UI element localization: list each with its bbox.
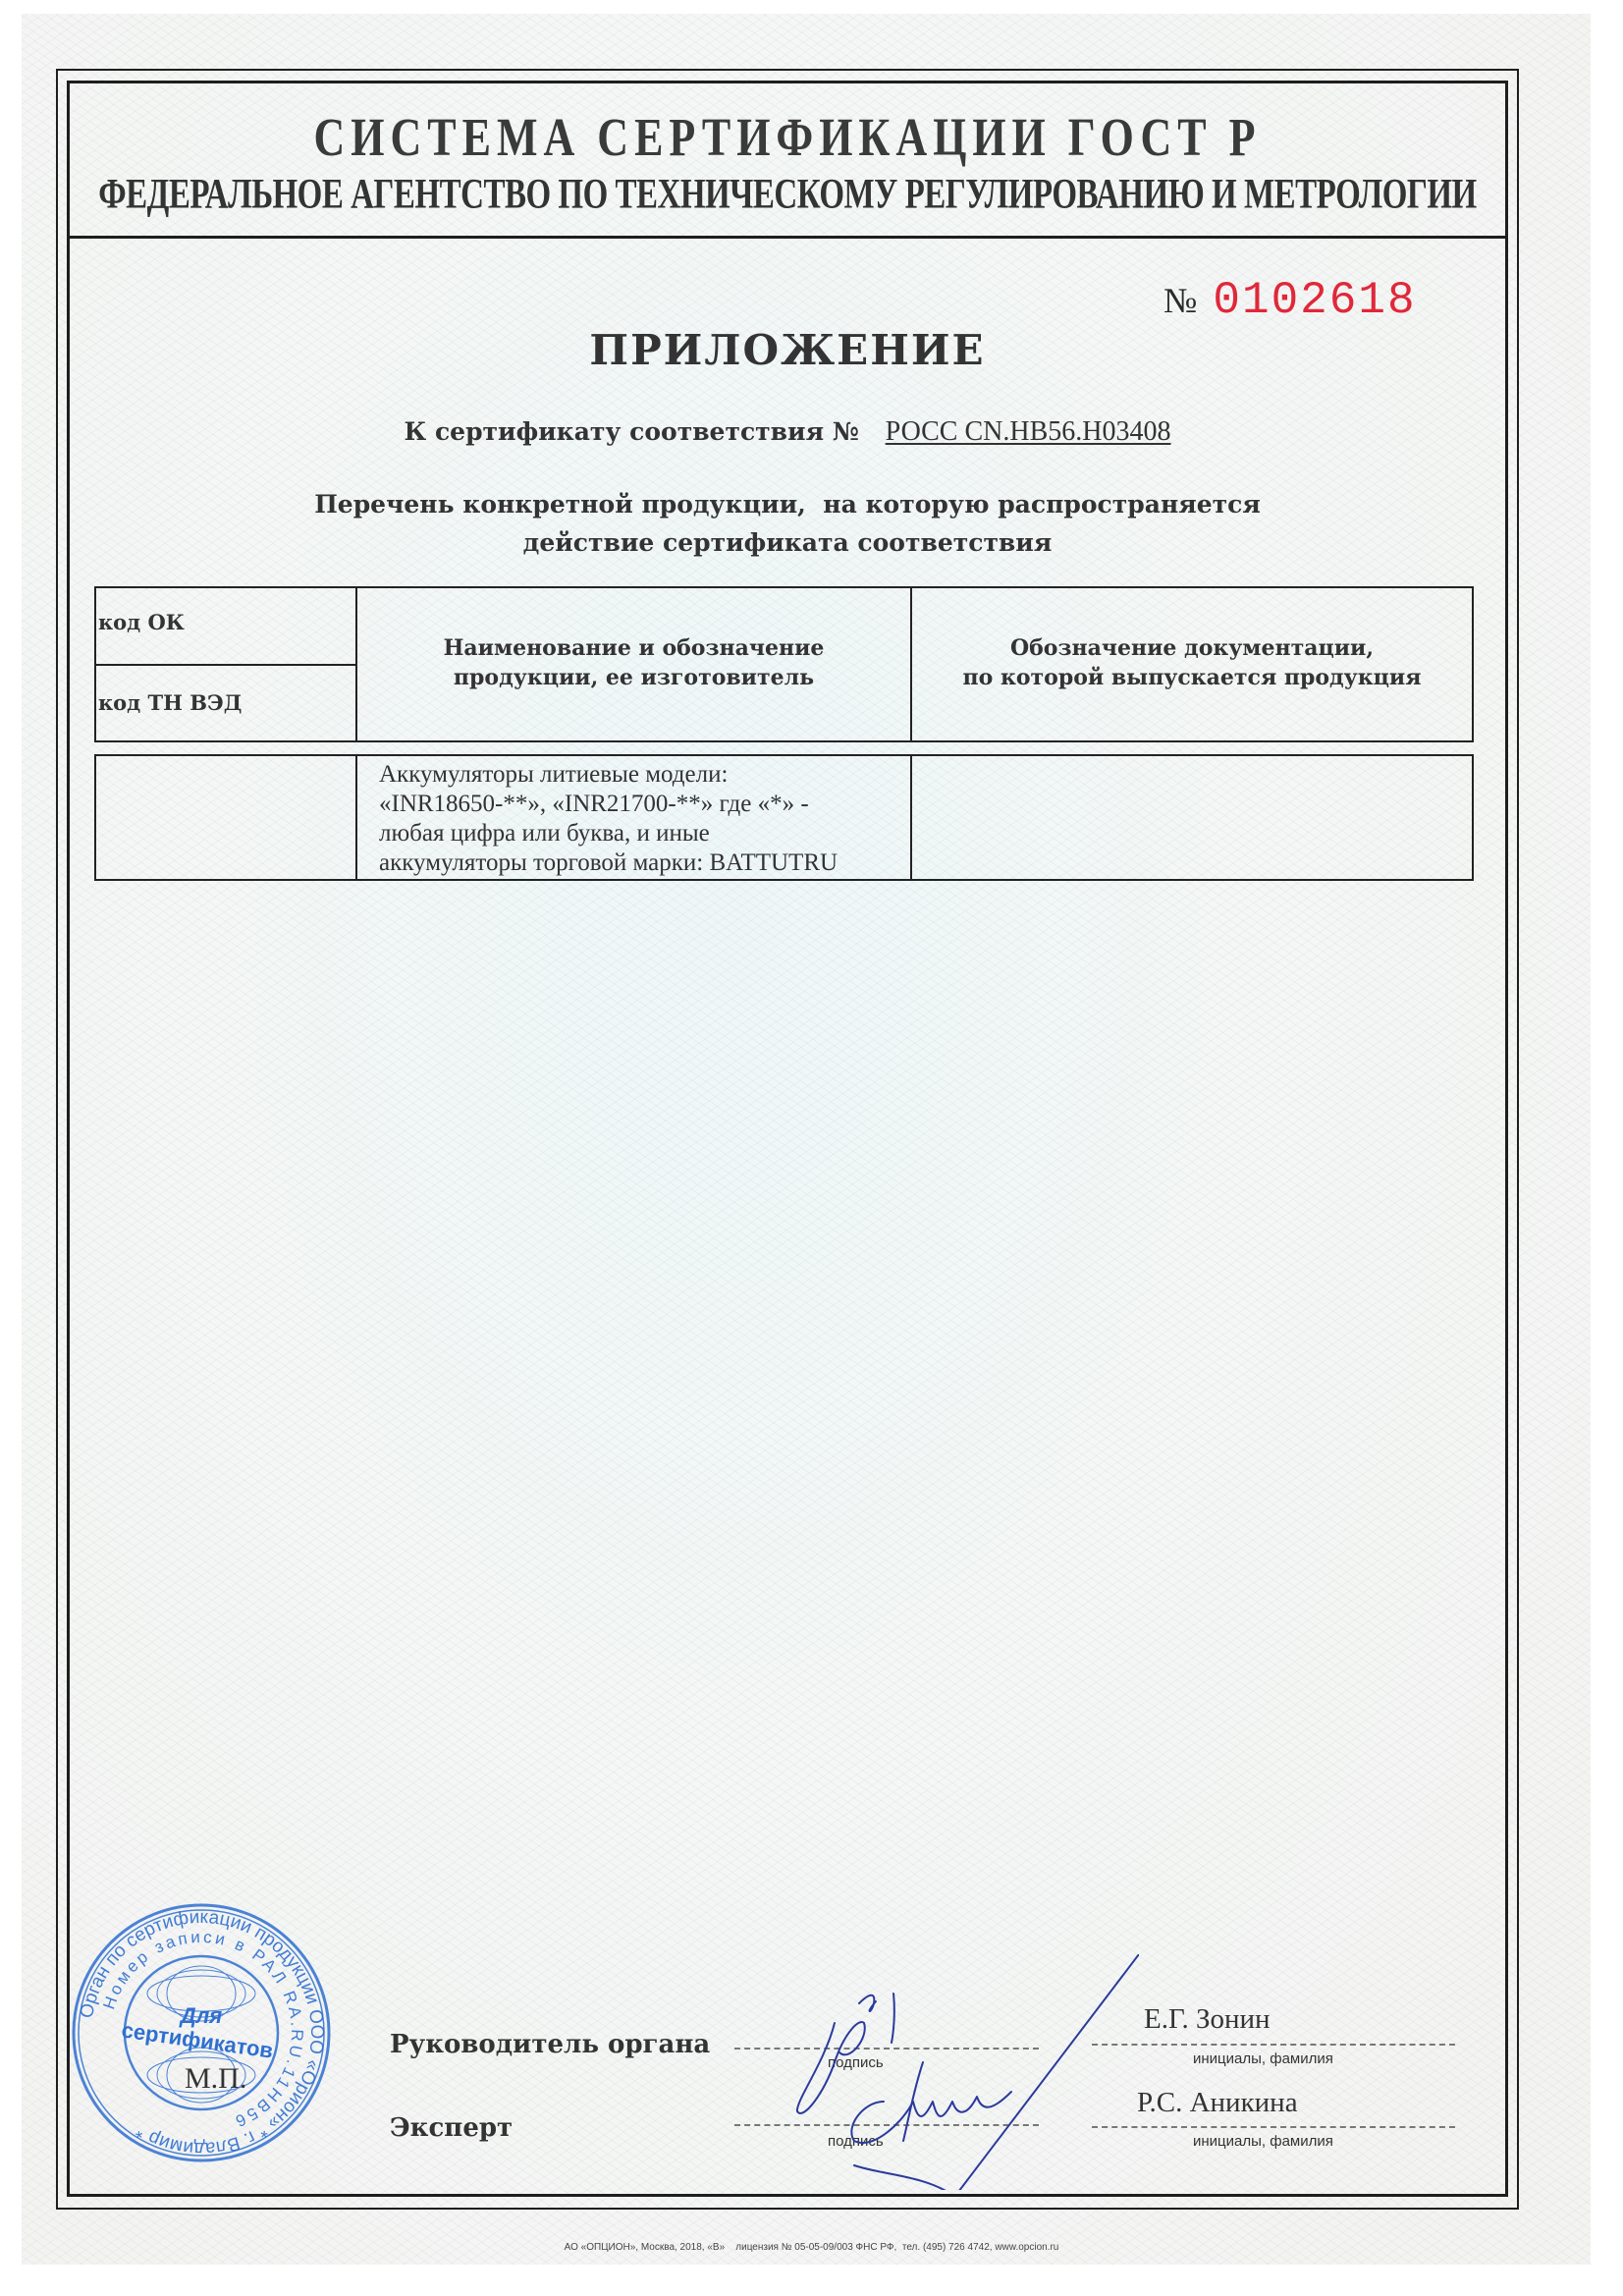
header-divider <box>69 236 1506 239</box>
header-docs-line1: Обозначение документации, <box>912 633 1472 663</box>
header-docs: Обозначение документации, по которой вып… <box>912 633 1472 692</box>
head-role-label: Руководитель органа <box>390 2030 710 2059</box>
table-header: код ОК код ТН ВЭД Наименование и обознач… <box>94 586 1474 742</box>
header-docs-line2: по которой выпускается продукция <box>912 663 1472 692</box>
stamp-place-label: М.П. <box>185 2062 246 2096</box>
header-product-line1: Наименование и обозначение <box>357 633 910 663</box>
header-code-ok: код ОК <box>98 610 185 634</box>
column-divider <box>355 756 357 879</box>
list-title-line2: действие сертификата соответствия <box>67 523 1508 562</box>
table-row: Аккумуляторы литиевые модели: «INR18650-… <box>94 754 1474 881</box>
number-sign: № <box>1163 280 1197 321</box>
header-product: Наименование и обозначение продукции, ее… <box>357 633 910 692</box>
head-name-caption: инициалы, фамилия <box>1193 2050 1333 2067</box>
list-title: Перечень конкретной продукции, на котору… <box>67 485 1508 562</box>
header-code-tn-ved: код ТН ВЭД <box>98 690 242 715</box>
form-number-value: 0102618 <box>1213 275 1416 326</box>
stamp-center-line1: Для <box>179 2003 223 2028</box>
certification-stamp-icon: Орган по сертификации продукции ООО «Ори… <box>69 1900 334 2165</box>
annex-title: ПРИЛОЖЕНИЕ <box>67 326 1508 374</box>
inner-frame <box>67 81 1508 2197</box>
list-title-line1: Перечень конкретной продукции, на котору… <box>67 485 1508 523</box>
head-name: Е.Г. Зонин <box>1144 2003 1271 2036</box>
row-product: Аккумуляторы литиевые модели: «INR18650-… <box>379 760 929 878</box>
expert-name-caption: инициалы, фамилия <box>1193 2133 1333 2150</box>
agency-title: ФЕДЕРАЛЬНОЕ АГЕНТСТВО ПО ТЕХНИЧЕСКОМУ РЕ… <box>67 172 1508 219</box>
form-number: № 0102618 <box>1163 275 1417 326</box>
header-product-line2: продукции, ее изготовитель <box>357 663 910 692</box>
row-divider <box>96 664 357 666</box>
expert-name-line <box>1092 2126 1455 2128</box>
printer-imprint: АО «ОПЦИОН», Москва, 2018, «В» лицензия … <box>0 2242 1623 2253</box>
head-name-line <box>1092 2044 1455 2046</box>
certificate-reference: К сертификату соответствия № РОСС CN.НВ5… <box>67 416 1508 448</box>
cert-ref-label: К сертификату соответствия № <box>405 417 859 446</box>
expert-role-label: Эксперт <box>390 2113 513 2143</box>
expert-name: Р.С. Аникина <box>1137 2087 1298 2119</box>
handwritten-signature-icon <box>766 1954 1139 2190</box>
cert-ref-number: РОСС CN.НВ56.Н03408 <box>868 416 1171 447</box>
system-title: СИСТЕМА СЕРТИФИКАЦИИ ГОСТ Р <box>67 106 1508 169</box>
